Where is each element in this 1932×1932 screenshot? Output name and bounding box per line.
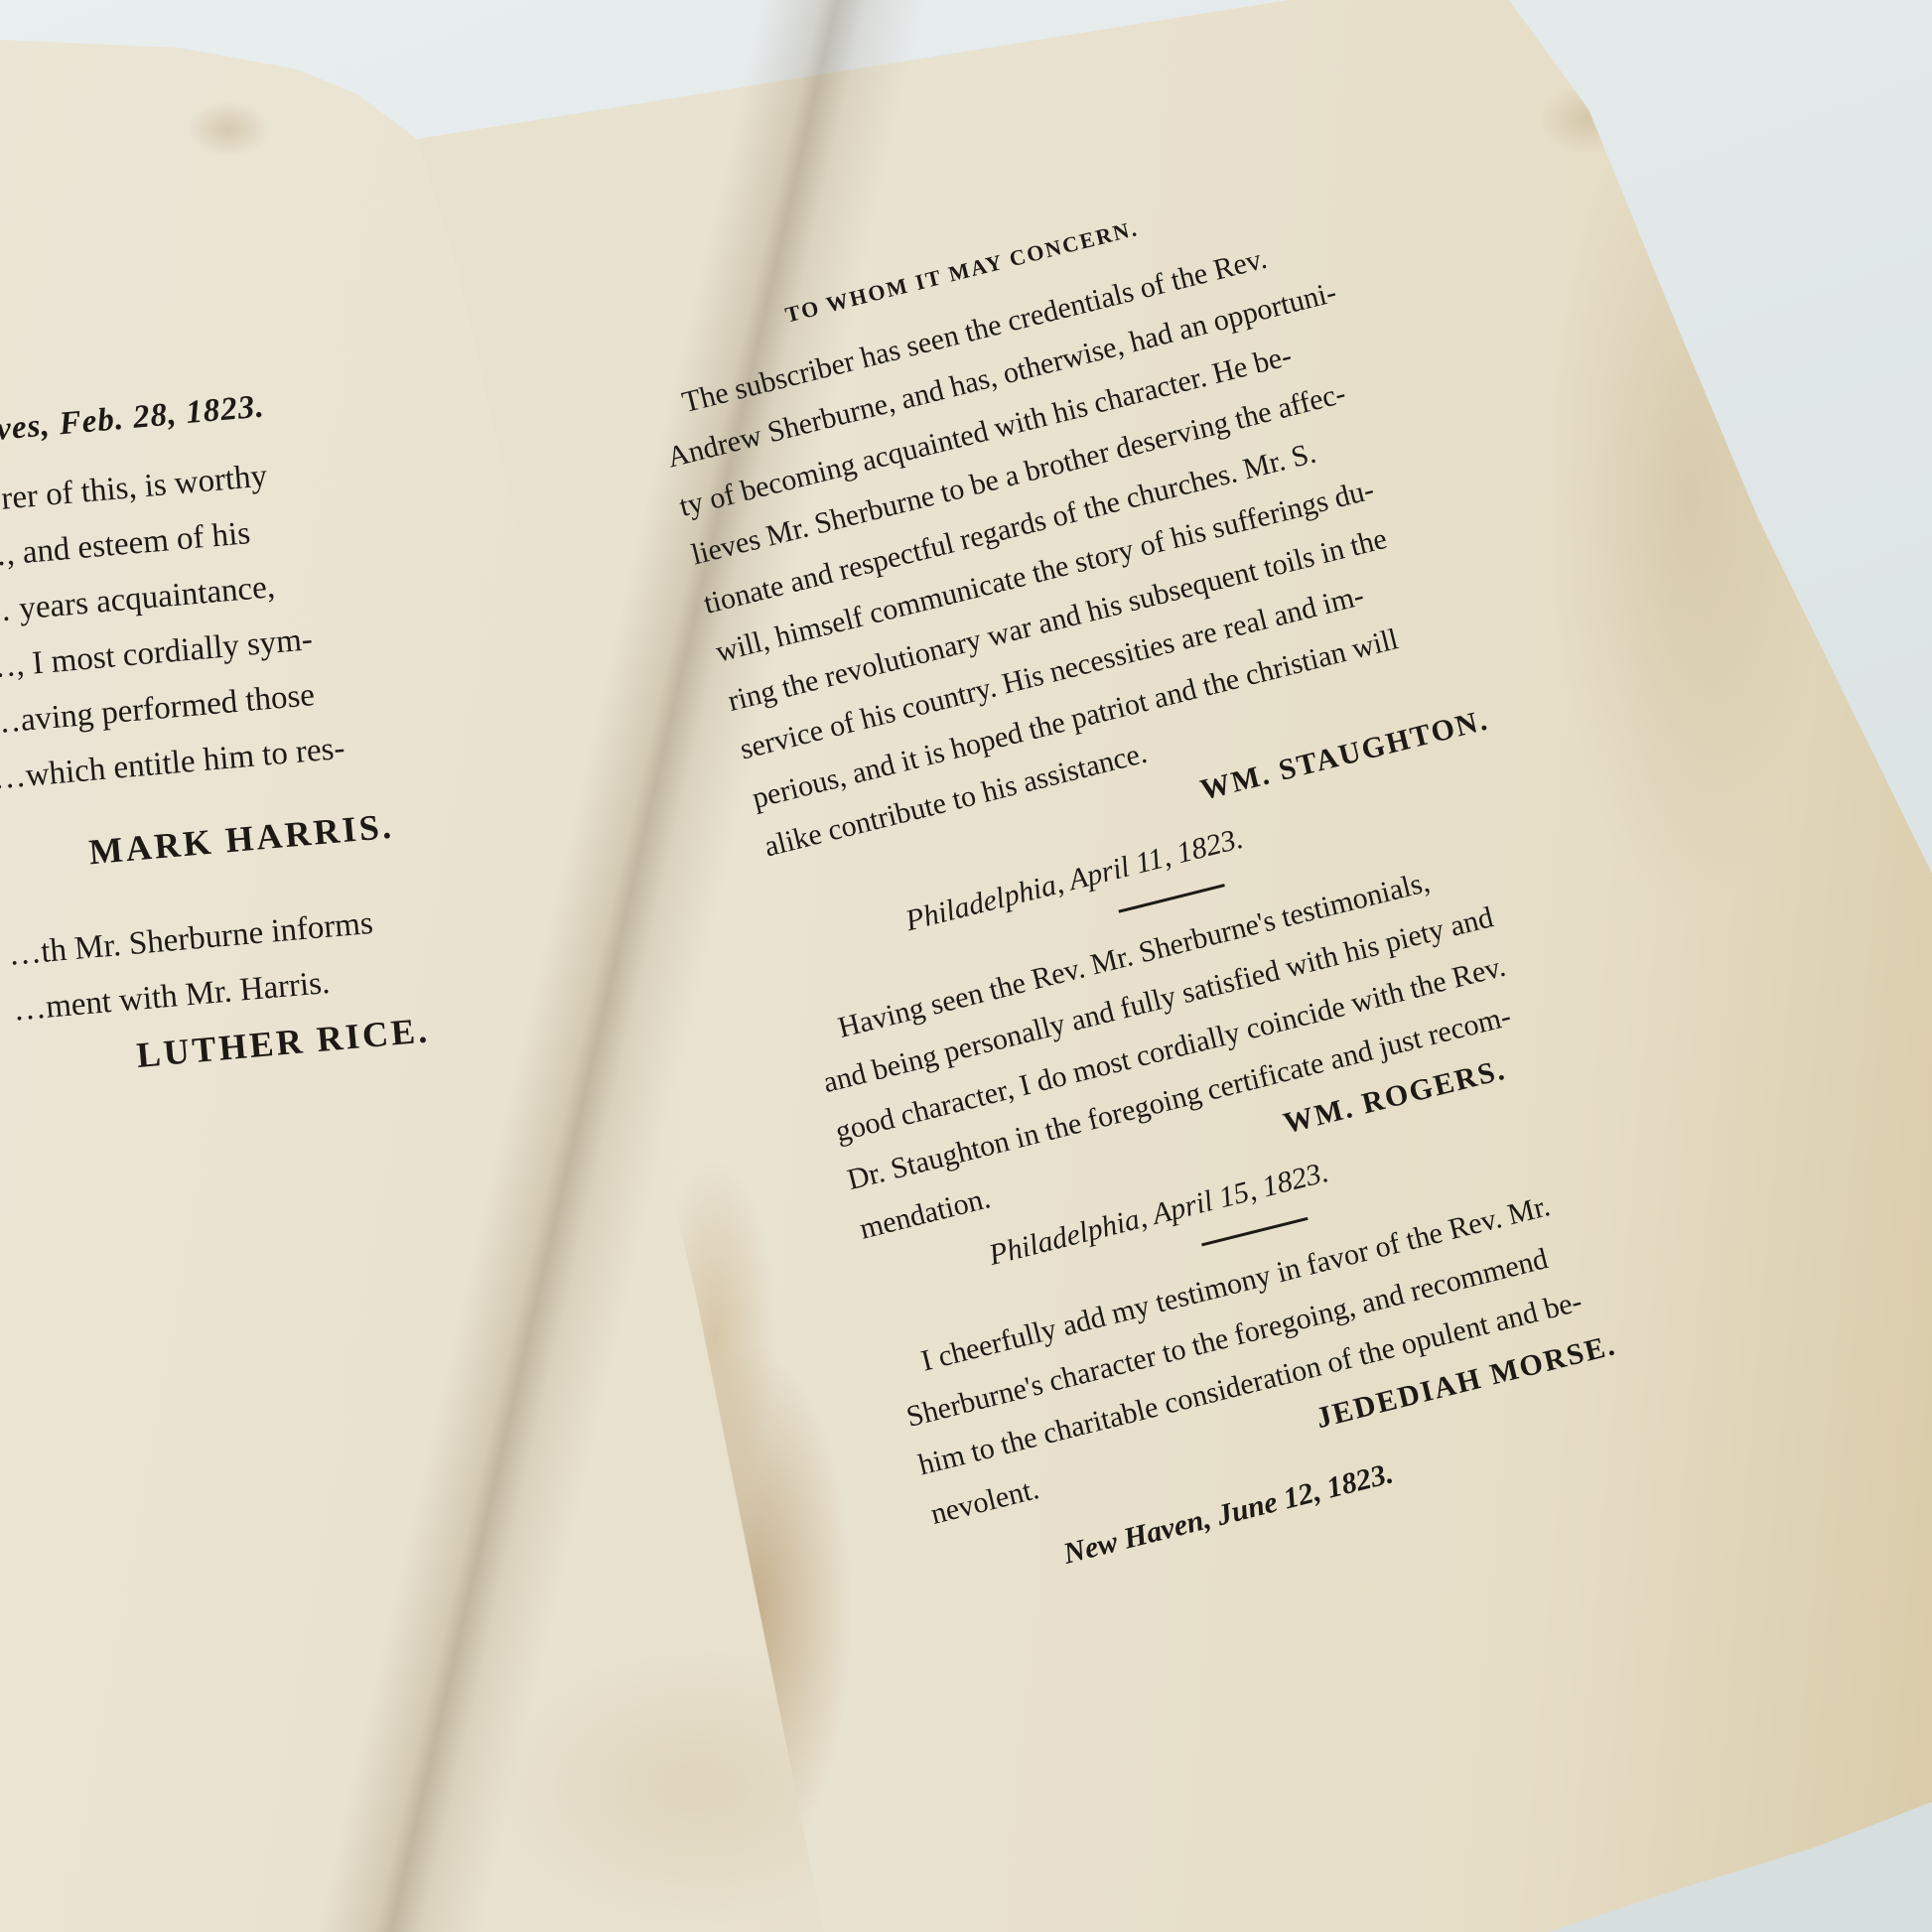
book-photo-scene: …ves, Feb. 28, 1823. …rer of this, is wo… bbox=[0, 0, 1932, 1932]
signature-mark-harris: MARK HARRIS. bbox=[0, 796, 414, 888]
left-page-text: …ves, Feb. 28, 1823. …rer of this, is wo… bbox=[0, 369, 432, 1094]
